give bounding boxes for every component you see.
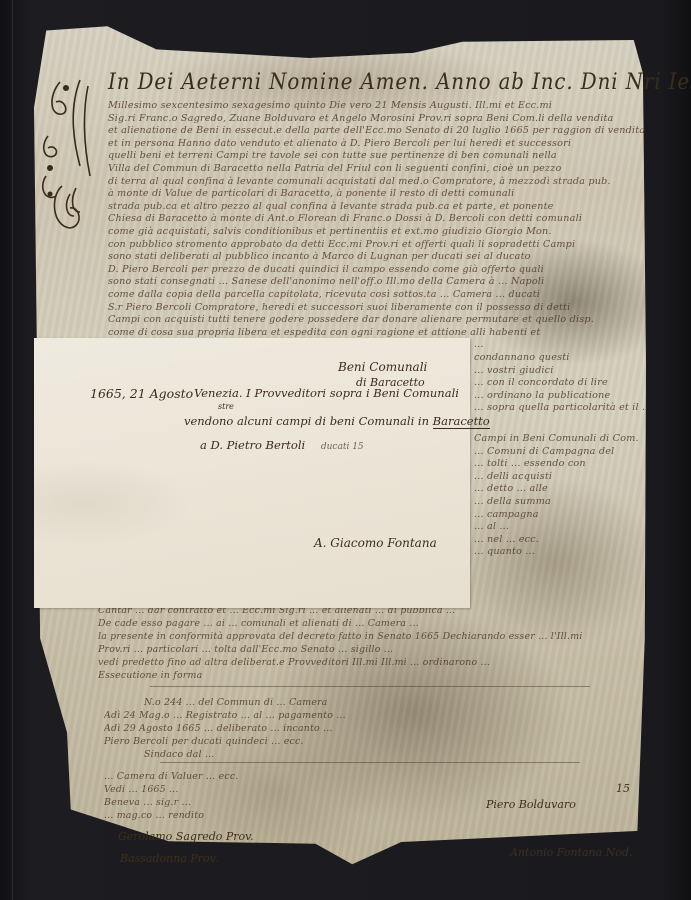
signature: Antonio Fontana Nod. (510, 846, 632, 859)
right-line: ... delli acquisti (474, 471, 644, 484)
registration-line: Piero Bercoli per ducati quindeci ... ec… (104, 735, 649, 748)
right-line: ... con il concordato di lire (474, 377, 644, 390)
signature: Bassadonna Prov. (120, 852, 218, 865)
body-line: S.r Piero Bercoli Compratore, heredi et … (108, 302, 648, 315)
margin-numeral: 15 (616, 782, 630, 795)
divider-rule (160, 762, 580, 763)
divider-rule (150, 686, 590, 687)
right-line: ... vostri giudici (474, 365, 644, 378)
body-line: Campi con acquisti tutti tenere godere p… (108, 314, 648, 327)
body-line: Villa del Commun di Baracetto nella Patr… (108, 163, 648, 176)
right-line: ... nel ... ecc. (474, 534, 644, 547)
right-line: ... campagna (474, 509, 644, 522)
body-line: strada pub.ca et altro pezzo al qual con… (108, 201, 648, 214)
right-line: ... Comuni di Campagna del (474, 446, 644, 459)
note-text-line: Venezia. I Provveditori sopra i Beni Com… (194, 386, 459, 400)
note-amount: ducati 15 (321, 442, 364, 452)
right-line: Campi in Beni Comunali di Com. (474, 433, 644, 446)
registration-line: Adì 24 Mag.o ... Registrato ... al ... p… (104, 709, 649, 722)
note-text-insert: stre (218, 402, 234, 411)
body-line: Millesimo sexcentesimo sexagesimo quinto… (108, 100, 648, 113)
right-line: condannano questi (474, 352, 644, 365)
deed-lower-text: Cantar ... dar contratto et ... Ecc.mi S… (98, 604, 643, 682)
lower-line: De cade esso pagare ... ai ... comunali … (98, 617, 643, 630)
body-line: quelli beni et terreni Campi tre tavole … (108, 150, 648, 163)
note-signature: A. Giacomo Fontana (314, 536, 437, 550)
right-line: ... al ... (474, 521, 644, 534)
right-line: ... tolti ... essendo con (474, 458, 644, 471)
body-line: sono stati consegnati ... Sanese dell'an… (108, 276, 648, 289)
ornamental-initial-icon (40, 76, 98, 236)
lower-line: la presente in conformità approvata del … (98, 630, 643, 643)
body-line: con pubblico stromento approbato da dett… (108, 239, 648, 252)
body-line: Sig.ri Franc.o Sagredo, Zuane Bolduvaro … (108, 113, 648, 126)
note-header-title: Beni Comunali (338, 360, 427, 374)
note-text: vendono alcuni campi di beni Comunali in (184, 414, 429, 428)
lower-line: Essecutione in forma (98, 669, 643, 682)
signature: Piero Bolduvaro (486, 798, 576, 811)
right-line: ... ordinano la publicatione (474, 390, 644, 403)
note-text-line: a D. Pietro Bertoli ducati 15 (200, 438, 364, 452)
note-date: 1665, 21 Agosto (90, 386, 193, 401)
registration-line: Adì 29 Agosto 1665 ... deliberato ... in… (104, 722, 649, 735)
body-line: et alienatione de Beni in essecut.e dell… (108, 125, 648, 138)
body-line: Chiesa di Baracetto à monte di Ant.o Flo… (108, 213, 648, 226)
closing-line: ... Camera di Valuer ... ecc. (104, 770, 649, 783)
registration-line: Sindaco dal ... (104, 748, 649, 761)
archival-note-slip: Beni Comunali di Baracetto 1665, 21 Agos… (34, 338, 470, 608)
note-place-underlined: Baracetto (433, 414, 490, 429)
signature: Gerolamo Sagredo Prov. (118, 830, 254, 843)
registration-notes: N.o 244 ... del Commun di ... Camera Adì… (104, 696, 649, 761)
body-line: di terra al qual confina à levante comun… (108, 176, 648, 189)
body-line: et in persona Hanno dato venduto et alie… (108, 138, 648, 151)
body-line: come già acquistati, salvis conditionibu… (108, 226, 648, 239)
deed-body: Millesimo sexcentesimo sexagesimo quinto… (108, 100, 648, 352)
right-line: ... della summa (474, 496, 644, 509)
lower-line: Prov.ri ... particolari ... tolta dall'E… (98, 643, 643, 656)
closing-notes: ... Camera di Valuer ... ecc. Vedi ... 1… (104, 770, 649, 822)
registration-line: N.o 244 ... del Commun di ... Camera (104, 696, 649, 709)
body-line: D. Piero Bercoli per prezzo de ducati qu… (108, 264, 648, 277)
right-line: ... quanto ... (474, 546, 644, 559)
document-heading: In Dei Aeterni Nomine Amen. Anno ab Inc.… (108, 70, 691, 95)
lower-line: vedi predetto fino ad altra deliberat.e … (98, 656, 643, 669)
note-text-line: vendono alcuni campi di beni Comunali in… (184, 414, 490, 428)
body-line: à monte di Value de particolari di Barac… (108, 188, 648, 201)
closing-line: Vedi ... 1665 ... (104, 783, 649, 796)
right-column-text: condannano questi ... vostri giudici ...… (474, 352, 644, 559)
body-line: sono stati deliberati al pubblico incant… (108, 251, 648, 264)
note-text: a D. Pietro Bertoli (200, 438, 305, 452)
right-line: ... sopra quella particolarità et il ... (474, 402, 644, 415)
body-line: come dalla copia della parcella capitola… (108, 289, 648, 302)
right-line: ... detto ... alle (474, 483, 644, 496)
